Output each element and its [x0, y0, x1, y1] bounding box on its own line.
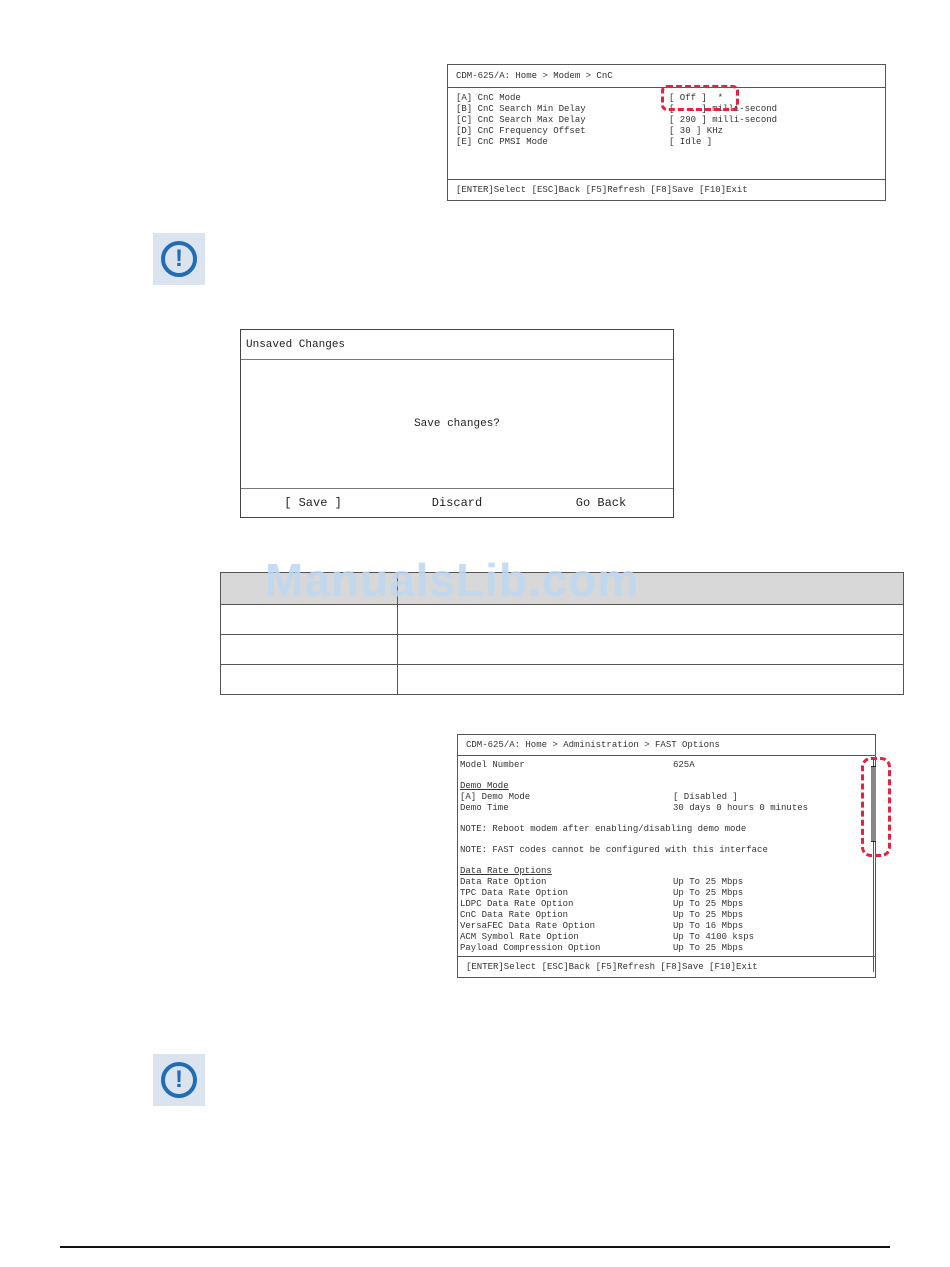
info-table: [220, 572, 904, 695]
exclamation-circle-icon: !: [153, 1054, 205, 1106]
save-button[interactable]: [ Save ]: [241, 496, 385, 510]
table-row: [221, 665, 904, 695]
list-item: LDPC Data Rate OptionUp To 25 Mbps: [460, 899, 873, 910]
go-back-button[interactable]: Go Back: [529, 496, 673, 510]
menu-row[interactable]: [C] CnC Search Max Delay[ 290 ] milli-se…: [456, 115, 877, 126]
list-item: VersaFEC Data Rate OptionUp To 16 Mbps: [460, 921, 873, 932]
table-row: [221, 635, 904, 665]
list-item: Data Rate OptionUp To 25 Mbps: [460, 877, 873, 888]
page-footer-rule: [60, 1246, 890, 1248]
menu-row[interactable]: [A] Demo Mode[ Disabled ]: [460, 792, 873, 803]
table-row: [221, 605, 904, 635]
list-item: TPC Data Rate OptionUp To 25 Mbps: [460, 888, 873, 899]
table-header-row: [221, 573, 904, 605]
section-heading: Data Rate Options: [460, 866, 552, 877]
section-heading: Demo Mode: [460, 781, 509, 792]
model-number-label: Model Number: [460, 760, 673, 771]
dialog-message: Save changes?: [241, 360, 673, 489]
key-hints-footer: [ENTER]Select [ESC]Back [F5]Refresh [F8]…: [458, 956, 875, 977]
list-item: Payload Compression OptionUp To 25 Mbps: [460, 943, 873, 954]
exclamation-circle-icon: !: [153, 233, 205, 285]
key-hints-footer: [ENTER]Select [ESC]Back [F5]Refresh [F8]…: [448, 179, 885, 200]
breadcrumb: CDM-625/A: Home > Administration > FAST …: [458, 735, 875, 756]
note-text: NOTE: Reboot modem after enabling/disabl…: [460, 824, 873, 835]
dialog-title: Unsaved Changes: [241, 330, 673, 360]
model-number-value: 625A: [673, 760, 695, 771]
list-item: CnC Data Rate OptionUp To 25 Mbps: [460, 910, 873, 921]
unsaved-changes-dialog: Unsaved Changes Save changes? [ Save ] D…: [240, 329, 674, 518]
menu-row[interactable]: [D] CnC Frequency Offset[ 30 ] KHz: [456, 126, 877, 137]
menu-row[interactable]: [E] CnC PMSI Mode[ Idle ]: [456, 137, 877, 148]
note-text: NOTE: FAST codes cannot be configured wi…: [460, 845, 873, 856]
highlight-box: [861, 757, 891, 857]
discard-button[interactable]: Discard: [385, 496, 529, 510]
list-item: ACM Symbol Rate OptionUp To 4100 ksps: [460, 932, 873, 943]
highlight-box: [661, 85, 739, 111]
fast-options-terminal-screen: CDM-625/A: Home > Administration > FAST …: [457, 734, 876, 978]
